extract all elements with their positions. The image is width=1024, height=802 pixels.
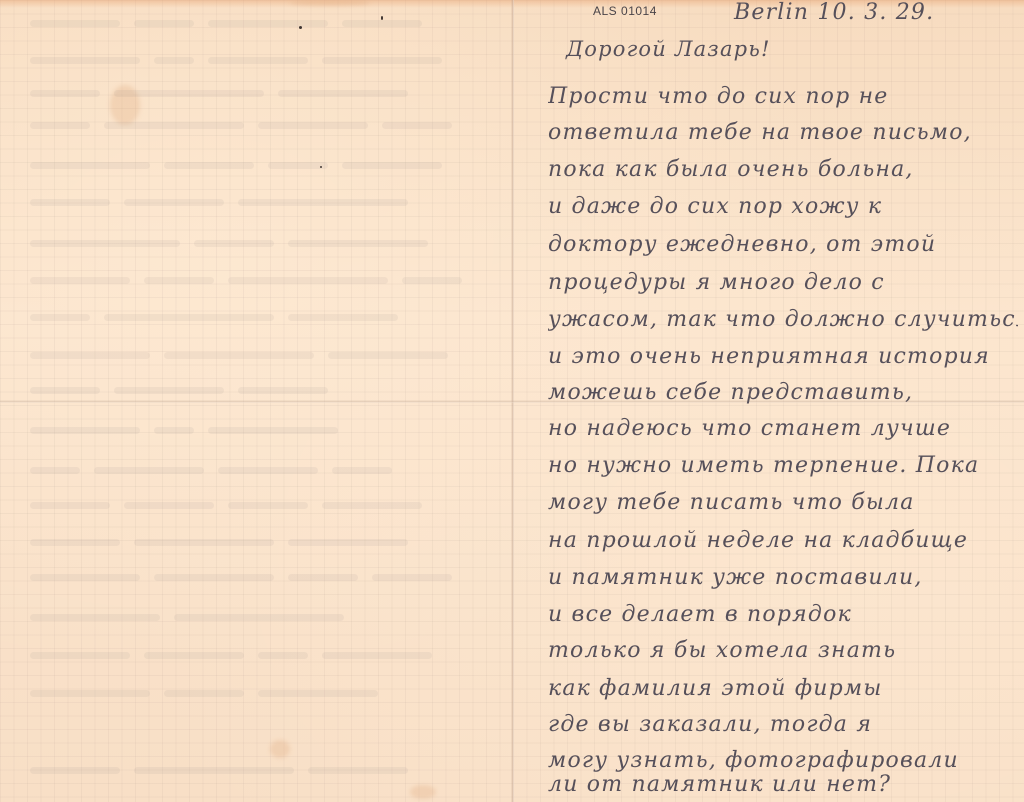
letter-line: но нужно иметь терпение. Пока <box>548 453 1018 478</box>
dateline: Berlin 10. 3. 29. <box>734 0 934 25</box>
right-page-letter: ALS 01014 Berlin 10. 3. 29. Дорогой Лаза… <box>514 0 1024 802</box>
letter-line: и даже до сих пор хожу к <box>548 194 1018 219</box>
letter-line: можешь себе представить, <box>548 380 1018 405</box>
letter-line: могу узнать, фотографировали <box>548 748 1018 773</box>
letter-line: доктору ежедневно, от этой <box>548 232 1018 257</box>
letter-line: и все делает в порядок <box>548 602 1018 627</box>
letter-line: но надеюсь что станет лучше <box>548 416 1018 441</box>
letter-line: на прошлой неделе на кладбище <box>548 528 1018 553</box>
catalog-number: ALS 01014 <box>593 4 657 18</box>
letter-line: ужасом, так что должно случиться <box>548 307 1018 332</box>
letter-line: ли от памятник или нет? <box>548 772 1018 797</box>
letter-line: только я бы хотела знать <box>548 638 1018 663</box>
letter-line: ответила тебе на твое письмо, <box>548 120 1018 145</box>
letter-line: как фамилия этой фирмы <box>548 676 1018 701</box>
letter-line: и памятник уже поставили, <box>548 565 1018 590</box>
letter-line: процедуры я много дело с <box>548 270 1018 295</box>
scanned-letter: ALS 01014 Berlin 10. 3. 29. Дорогой Лаза… <box>0 0 1024 802</box>
greeting: Дорогой Лазарь! <box>566 37 771 61</box>
letter-line: и это очень неприятная история <box>548 344 1018 369</box>
letter-line: где вы заказали, тогда я <box>548 712 1018 737</box>
letter-line: Прости что до сих пор не <box>548 84 1018 109</box>
letter-line: пока как была очень больна, <box>548 157 1018 182</box>
letter-line: могу тебе писать что была <box>548 490 1018 515</box>
